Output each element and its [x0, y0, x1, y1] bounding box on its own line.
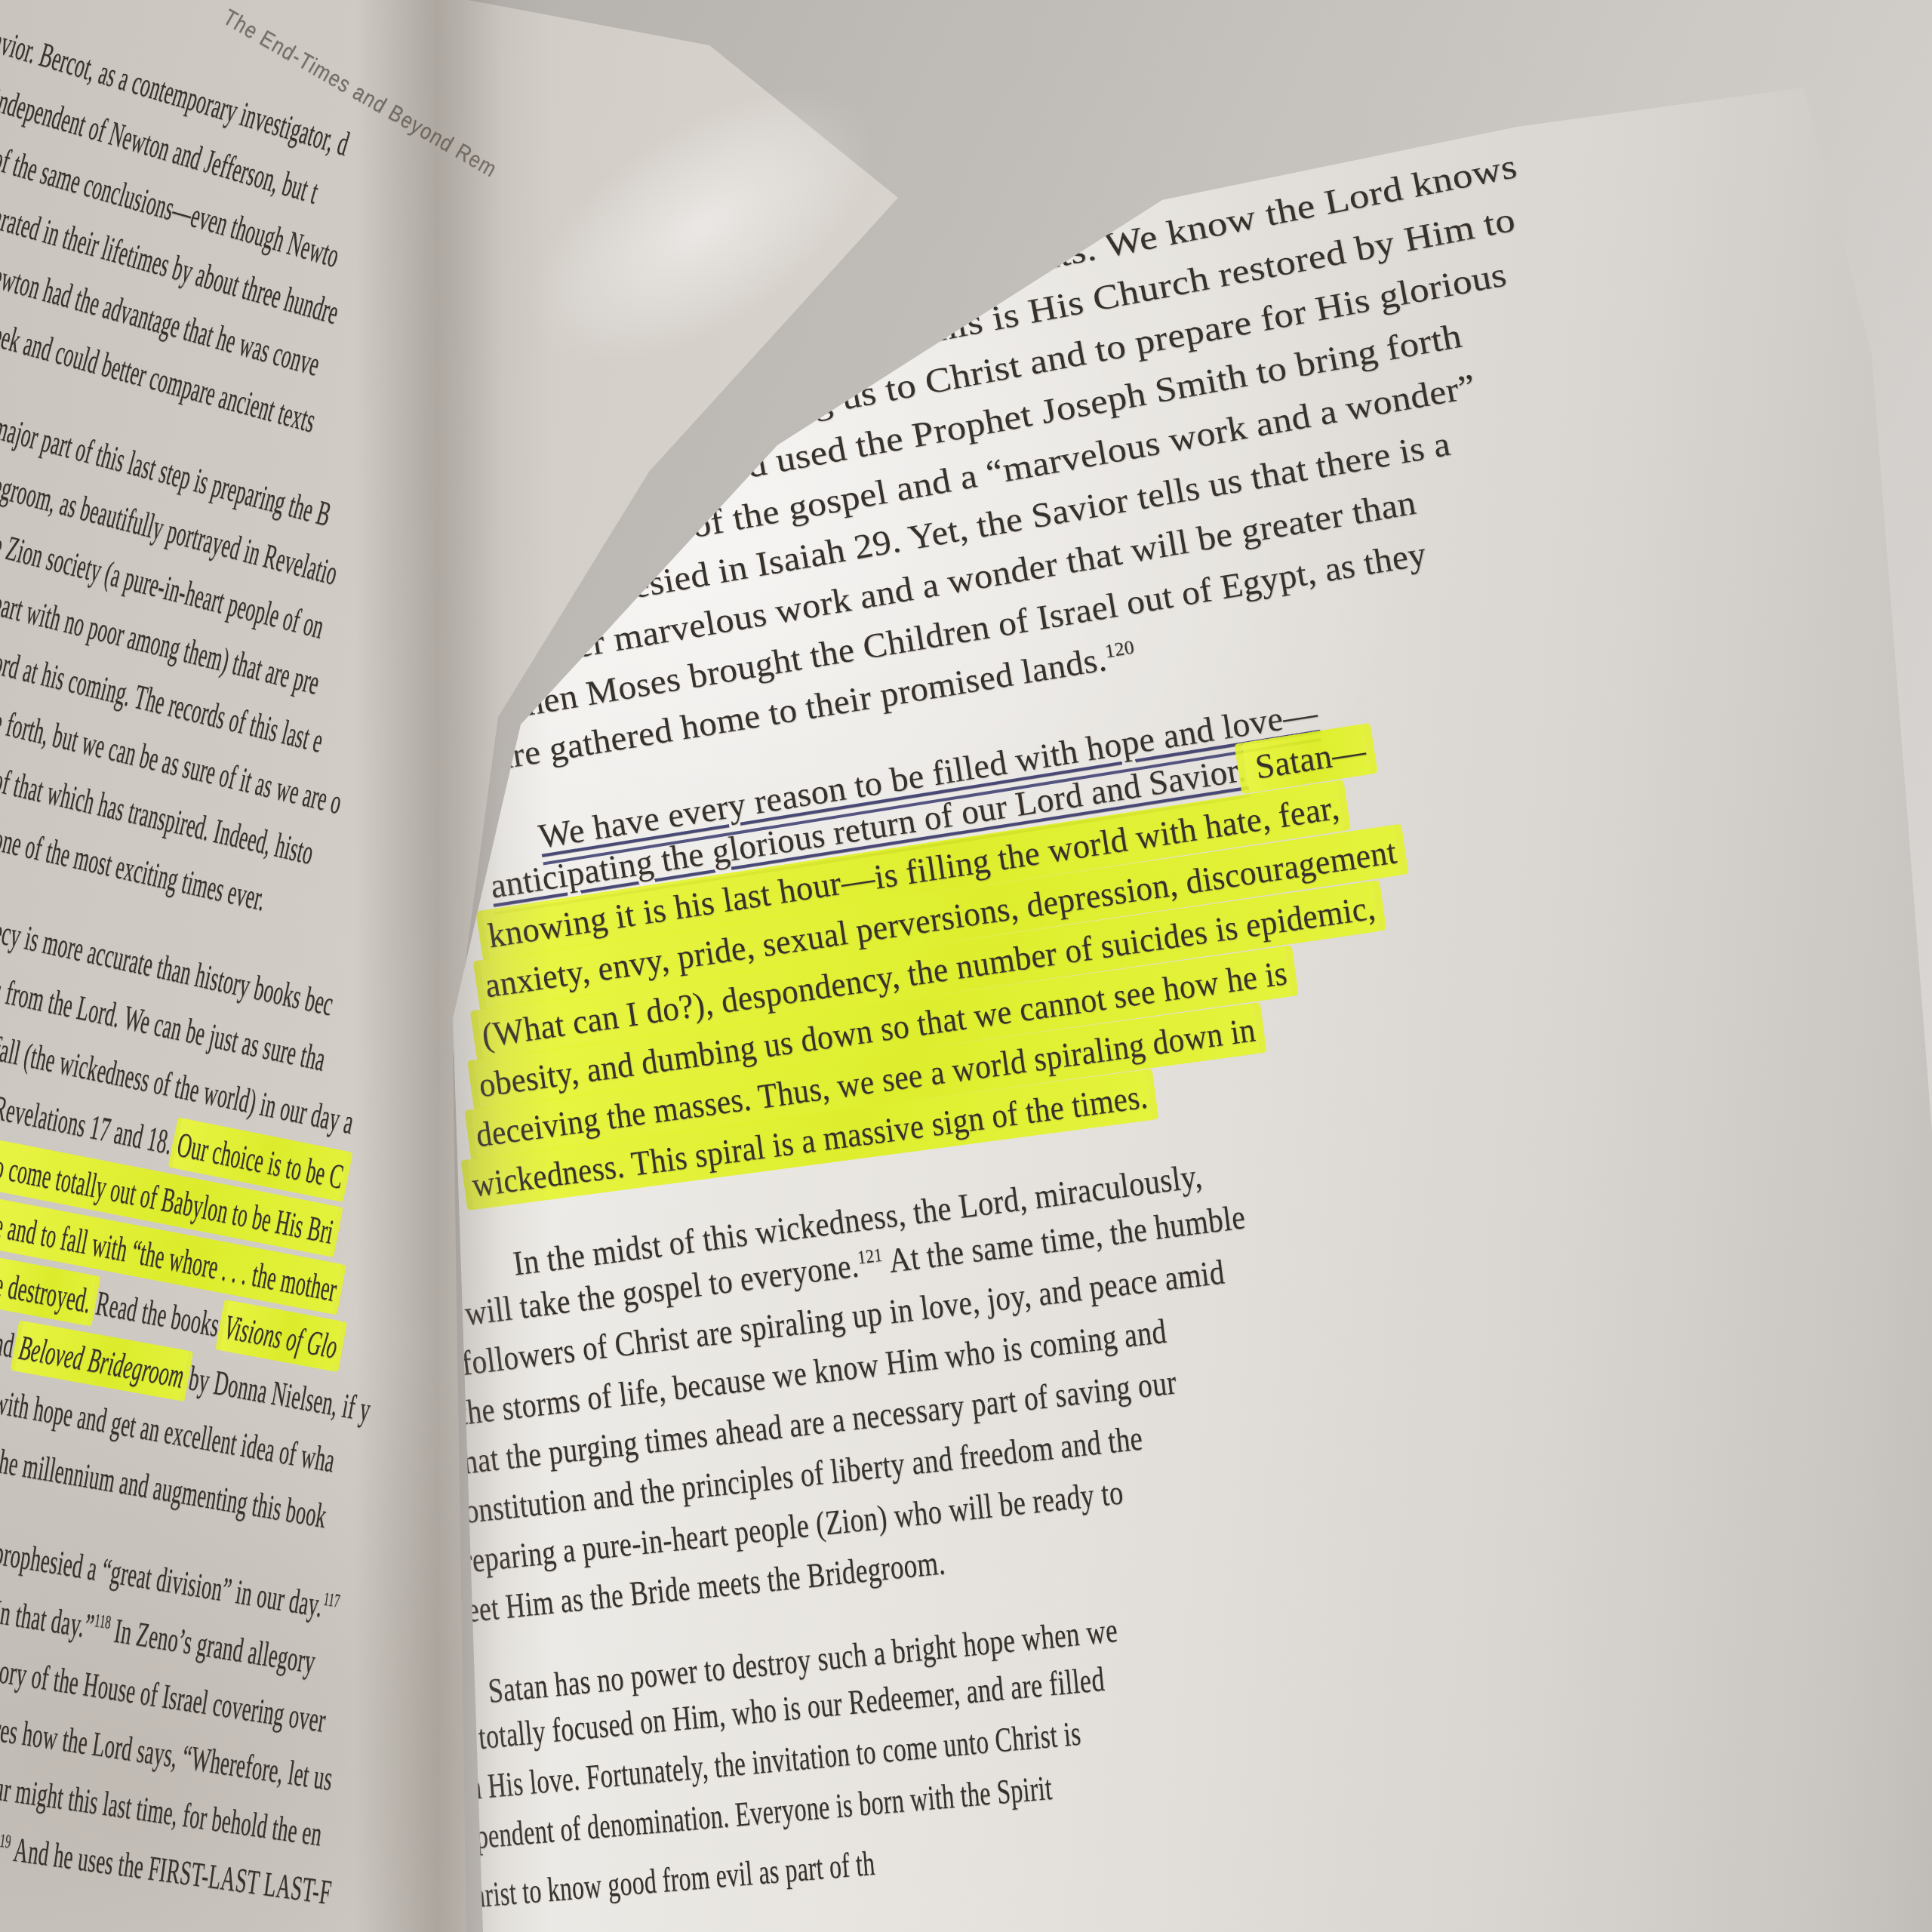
footnote-ref: 117: [322, 1589, 342, 1612]
open-book-photo: The End-Times and Beyond Rem avior. Berc…: [0, 0, 1932, 1932]
footnote-ref: 121: [857, 1244, 884, 1269]
footnote-ref: 120: [1103, 636, 1136, 662]
highlight-mark: e destroyed.: [0, 1258, 97, 1326]
